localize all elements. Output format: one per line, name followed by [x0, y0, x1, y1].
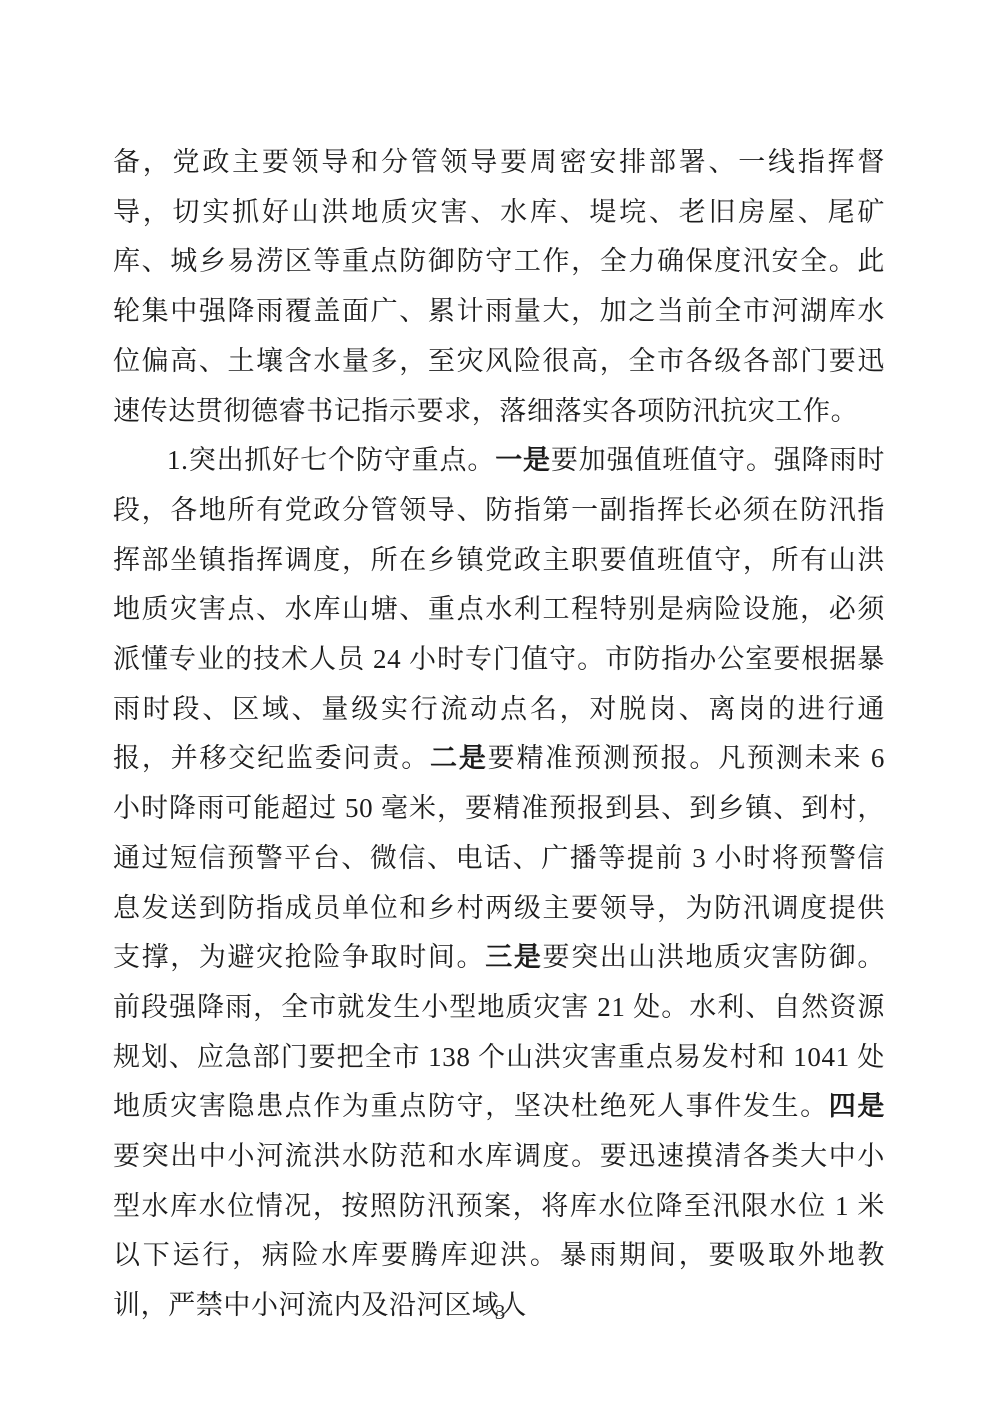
- emphasis-run: 一是: [495, 445, 551, 475]
- document-page: 备，党政主要领导和分管领导要周密安排部署、一线指挥督导，切实抓好山洪地质灾害、水…: [0, 0, 1000, 1415]
- paragraph: 备，党政主要领导和分管领导要周密安排部署、一线指挥督导，切实抓好山洪地质灾害、水…: [113, 138, 885, 436]
- text-run: 1.突出抓好七个防守重点。: [167, 445, 495, 475]
- emphasis-run: 四是: [829, 1091, 885, 1121]
- text-run: 要突出中小河流洪水防范和水库调度。要迅速摸清各类大中小型水库水位情况，按照防汛预…: [113, 1141, 885, 1320]
- emphasis-run: 二是: [430, 743, 488, 773]
- emphasis-run: 三是: [485, 942, 542, 972]
- page-number: 3: [495, 1300, 506, 1324]
- paragraph: 1.突出抓好七个防守重点。一是要加强值班值守。强降雨时段，各地所有党政分管领导、…: [113, 436, 885, 1331]
- document-body: 备，党政主要领导和分管领导要周密安排部署、一线指挥督导，切实抓好山洪地质灾害、水…: [113, 138, 885, 1331]
- text-run: 要加强值班值守。强降雨时段，各地所有党政分管领导、防指第一副指挥长必须在防汛指挥…: [113, 445, 885, 773]
- page-footer: 3: [0, 1300, 1000, 1325]
- text-run: 要精准预测预报。凡预测未来 6 小时降雨可能超过 50 毫米，要精准预报到县、到…: [113, 743, 885, 972]
- text-run: 备，党政主要领导和分管领导要周密安排部署、一线指挥督导，切实抓好山洪地质灾害、水…: [113, 147, 885, 426]
